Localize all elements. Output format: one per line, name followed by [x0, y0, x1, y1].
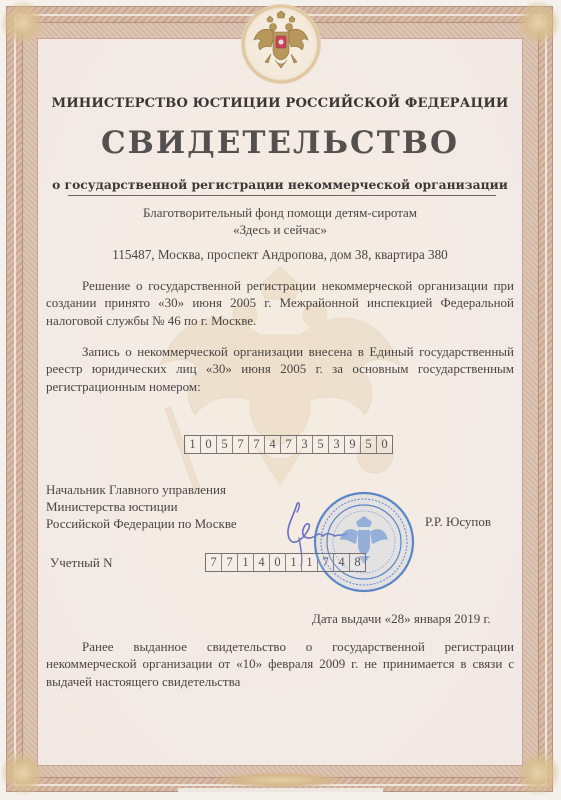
official-seal-icon — [312, 490, 416, 594]
subtitle-underline — [68, 195, 496, 196]
account-digit: 4 — [254, 554, 270, 571]
certificate-title: СВИДЕТЕЛЬСТВО — [40, 125, 520, 161]
decision-paragraph: Решение о государственной регистрации не… — [46, 277, 514, 329]
organization-name: Благотворительный фонд помощи детям-сиро… — [40, 204, 520, 238]
certificate-sheet: МИНИСТЕРСТВО ЮСТИЦИИ РОССИЙСКОЙ ФЕДЕРАЦИ… — [0, 0, 561, 800]
registry-text: Запись о некоммерческой организации внес… — [46, 344, 514, 394]
account-digit: 0 — [270, 554, 286, 571]
signer-position: Начальник Главного управления Министерст… — [46, 481, 237, 532]
signer-name: Р.Р. Юсупов — [425, 514, 491, 530]
ogrn-digit: 5 — [361, 436, 377, 453]
account-digit: 4 — [334, 554, 350, 571]
ogrn-digit: 0 — [377, 436, 392, 453]
certificate-subtitle: о государственной регистрации некоммерче… — [40, 177, 520, 192]
account-digit: 7 — [222, 554, 238, 571]
ogrn-digit: 9 — [345, 436, 361, 453]
bottom-ornament-icon — [215, 772, 345, 788]
organization-name-line1: Благотворительный фонд помощи детям-сиро… — [40, 204, 520, 221]
previous-certificate-paragraph: Ранее выданное свидетельство о государст… — [46, 638, 514, 690]
ogrn-digit: 5 — [313, 436, 329, 453]
ministry-heading: МИНИСТЕРСТВО ЮСТИЦИИ РОССИЙСКОЙ ФЕДЕРАЦИ… — [40, 96, 520, 111]
registry-paragraph: Запись о некоммерческой организации внес… — [46, 343, 514, 395]
account-digit: 7 — [206, 554, 222, 571]
account-digit: 8 — [350, 554, 365, 571]
ogrn-digit: 3 — [329, 436, 345, 453]
organization-address: 115487, Москва, проспект Андропова, дом … — [40, 247, 520, 263]
organization-name-line2: «Здесь и сейчас» — [40, 221, 520, 238]
signer-line1: Начальник Главного управления — [46, 481, 237, 498]
signer-line2: Министерства юстиции — [46, 498, 237, 515]
ogrn-digit: 5 — [217, 436, 233, 453]
double-headed-eagle-icon — [251, 10, 311, 76]
signer-line3: Российской Федерации по Москве — [46, 515, 237, 532]
account-digit: 1 — [302, 554, 318, 571]
state-emblem — [241, 4, 321, 84]
ogrn-number-boxes: 1057747353950 — [184, 435, 393, 454]
account-digit: 1 — [286, 554, 302, 571]
ogrn-digit: 7 — [281, 436, 297, 453]
ogrn-digit: 1 — [185, 436, 201, 453]
footer-microtext — [178, 788, 383, 792]
account-number-label: Учетный N — [50, 555, 112, 571]
issue-date: Дата выдачи «28» января 2019 г. — [312, 611, 491, 627]
ogrn-digit: 7 — [233, 436, 249, 453]
ogrn-digit: 3 — [297, 436, 313, 453]
account-number-boxes: 7714011748 — [205, 553, 366, 572]
account-digit: 1 — [238, 554, 254, 571]
ogrn-digit: 0 — [201, 436, 217, 453]
decision-text: Решение о государственной регистрации не… — [46, 278, 514, 328]
previous-certificate-text: Ранее выданное свидетельство о государст… — [46, 639, 514, 689]
ogrn-digit: 4 — [265, 436, 281, 453]
account-digit: 7 — [318, 554, 334, 571]
ogrn-digit: 7 — [249, 436, 265, 453]
